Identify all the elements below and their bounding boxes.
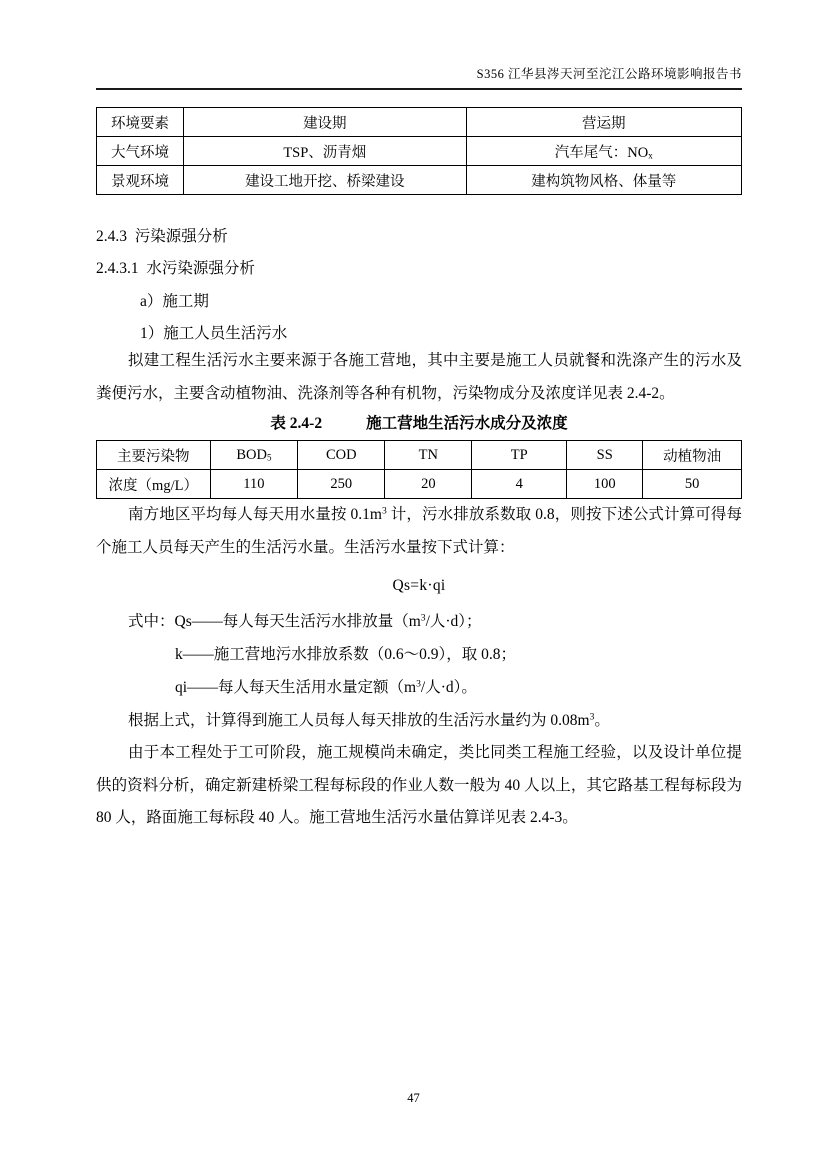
table-caption: 表 2.4-2 施工营地生活污水成分及浓度 (96, 412, 742, 435)
col-header-bod5: BOD5 (210, 441, 298, 470)
page-header: S356 江华县涔天河至沱江公路环境影响报告书 (96, 0, 742, 90)
table-row: 浓度（mg/L） 110 250 20 4 100 50 (97, 470, 742, 499)
cell-operation: 汽车尾气：NOx (466, 137, 741, 166)
section-heading-2-4-3-1: 2.4.3.1 水污染源强分析 (96, 258, 742, 280)
paragraph-water-usage: 南方地区平均每人每天用水量按 0.1m3 计，污水排放系数取 0.8，则按下述公… (96, 499, 742, 564)
table-caption-title: 施工营地生活污水成分及浓度 (366, 412, 568, 435)
table-header-row: 主要污染物 BOD5 COD TN TP SS 动植物油 (97, 441, 742, 470)
cell-bod5-value: 110 (210, 470, 298, 499)
sewage-concentration-table: 主要污染物 BOD5 COD TN TP SS 动植物油 浓度（mg/L） 11… (96, 440, 742, 499)
col-header-construction: 建设期 (184, 108, 467, 137)
col-header-ss: SS (567, 441, 643, 470)
cell-operation: 建构筑物风格、体量等 (466, 166, 741, 195)
cell-factor: 景观环境 (97, 166, 184, 195)
definition-qi: qi——每人每天生活用水量定额（m3/人·d）。 (96, 671, 742, 704)
cell-ss-value: 100 (567, 470, 643, 499)
col-header-operation: 营运期 (466, 108, 741, 137)
col-header-tp: TP (472, 441, 567, 470)
cell-oil-value: 50 (643, 470, 742, 499)
table-row: 景观环境 建设工地开挖、桥梁建设 建构筑物风格、体量等 (97, 166, 742, 195)
paragraph-sewage-source: 拟建工程生活污水主要来源于各施工营地，其中主要是施工人员就餐和洗涤产生的污水及粪… (96, 345, 742, 410)
list-item-construction-period: a）施工期 (96, 291, 742, 313)
paragraph-conclusion: 根据上式，计算得到施工人员每人每天排放的生活污水量约为 0.08m3。 (96, 704, 742, 737)
cell-tp-value: 4 (472, 470, 567, 499)
col-header-pollutant: 主要污染物 (97, 441, 211, 470)
definition-qs: 式中：Qs——每人每天生活污水排放量（m3/人·d）； (96, 605, 742, 638)
col-header-tn: TN (385, 441, 472, 470)
table-row: 大气环境 TSP、沥青烟 汽车尾气：NOx (97, 137, 742, 166)
col-header-cod: COD (298, 441, 385, 470)
cell-construction: 建设工地开挖、桥梁建设 (184, 166, 467, 195)
cell-row-label: 浓度（mg/L） (97, 470, 211, 499)
section-heading-2-4-3: 2.4.3 污染源强分析 (96, 226, 742, 248)
impact-factors-table: 环境要素 建设期 营运期 大气环境 TSP、沥青烟 汽车尾气：NOx 景观环境 … (96, 107, 742, 195)
table-caption-label: 表 2.4-2 (270, 412, 322, 435)
col-header-factor: 环境要素 (97, 108, 184, 137)
cell-cod-value: 250 (298, 470, 385, 499)
paragraph-construction-scale: 由于本工程处于工可阶段，施工规模尚未确定，类比同类工程施工经验，以及设计单位提供… (96, 737, 742, 835)
cell-construction: TSP、沥青烟 (184, 137, 467, 166)
list-item-worker-sewage: 1）施工人员生活污水 (96, 323, 742, 345)
col-header-oil: 动植物油 (643, 441, 742, 470)
cell-tn-value: 20 (385, 470, 472, 499)
content-area: S356 江华县涔天河至沱江公路环境影响报告书 环境要素 建设期 营运期 大气环… (96, 0, 742, 835)
definition-k: k——施工营地污水排放系数（0.6～0.9），取 0.8； (96, 638, 742, 671)
page-number: 47 (0, 1091, 827, 1106)
formula-qs: Qs=k·qi (96, 573, 742, 598)
document-page: S356 江华县涔天河至沱江公路环境影响报告书 环境要素 建设期 营运期 大气环… (0, 0, 827, 1169)
cell-factor: 大气环境 (97, 137, 184, 166)
table-header-row: 环境要素 建设期 营运期 (97, 108, 742, 137)
report-title: S356 江华县涔天河至沱江公路环境影响报告书 (477, 67, 742, 81)
